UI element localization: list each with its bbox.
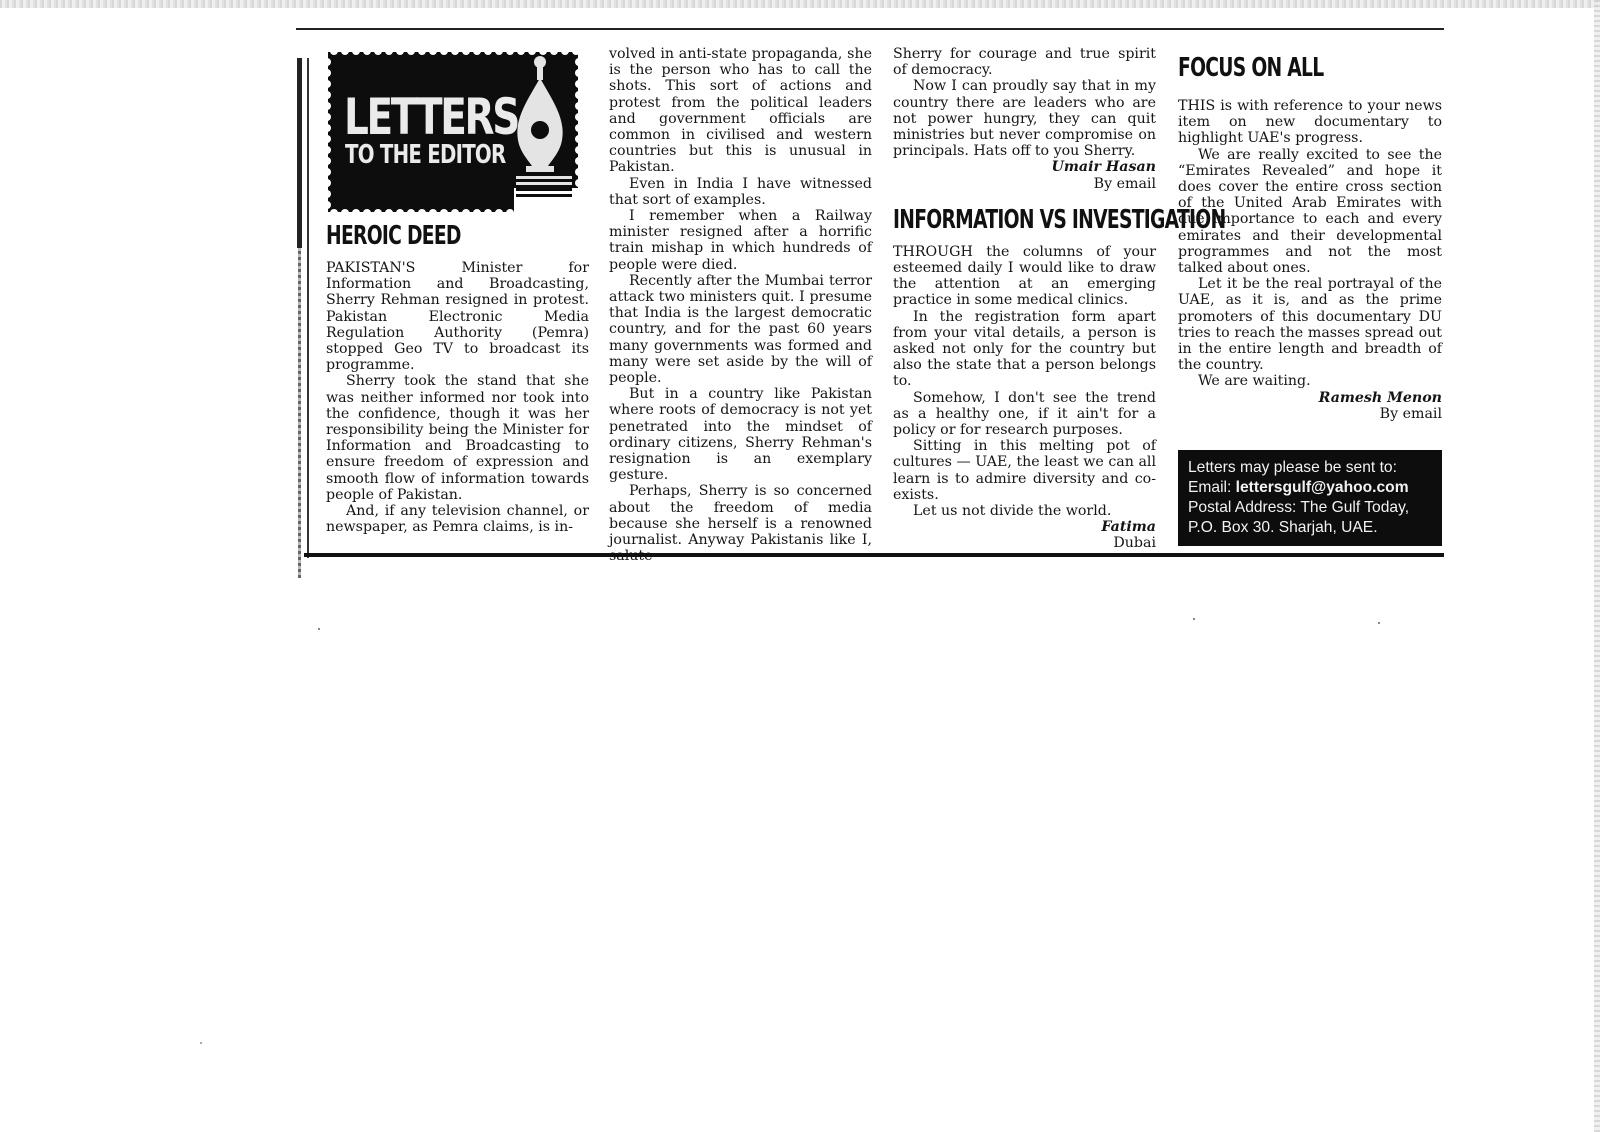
paragraph: Now I can proudly say that in my country… (893, 78, 1156, 159)
letters-masthead: LETTERS TO THE EDITOR (326, 48, 586, 216)
paragraph: We are waiting. (1178, 373, 1442, 389)
paragraph: Sherry for courage and true spirit of de… (893, 46, 1156, 78)
newspaper-clipping: LETTERS TO THE EDITOR HEROIC DEED PAKIST… (296, 28, 1444, 568)
headline-information-vs-investigation: INFORMATION VS INVESTIGATION (893, 206, 1082, 234)
bottom-rule (304, 553, 1444, 557)
email-address[interactable]: lettersgulf@yahoo.com (1236, 479, 1409, 496)
author-location: Dubai (893, 535, 1156, 551)
paragraph: In the registration form apart from your… (893, 309, 1156, 390)
paragraph: Let us not divide the world. (893, 503, 1156, 519)
masthead-title: LETTERS (344, 92, 518, 142)
paragraph: Sherry took the stand that she was neith… (326, 373, 589, 503)
paragraph: Sitting in this melting pot of cultures … (893, 438, 1156, 503)
paragraph: But in a country like Pakistan where roo… (609, 386, 872, 483)
column-3: Sherry for courage and true spirit of de… (893, 46, 1156, 552)
author-name: Umair Hasan (893, 159, 1156, 175)
scan-edge-right (1594, 0, 1600, 1132)
column-2: volved in anti-state propaganda, she is … (609, 46, 872, 565)
headline-focus-on-all: FOCUS ON ALL (1178, 54, 1368, 82)
scan-edge-top (0, 0, 1600, 8)
contact-info-box: Letters may please be sent to: Email: le… (1178, 450, 1442, 546)
contact-intro: Letters may please be sent to: (1188, 458, 1436, 478)
paragraph: THIS is with reference to your news item… (1178, 98, 1442, 147)
paragraph: THROUGH the columns of your esteemed dai… (893, 244, 1156, 309)
top-rule (296, 28, 1444, 30)
email-label: Email: (1188, 479, 1236, 496)
paragraph: volved in anti-state propaganda, she is … (609, 46, 872, 176)
author-location: By email (893, 176, 1156, 192)
scan-speck (200, 1042, 202, 1044)
paragraph: Even in India I have witnessed that sort… (609, 176, 872, 208)
paragraph: And, if any television channel, or newsp… (326, 503, 589, 535)
paragraph: I remember when a Railway minister resig… (609, 208, 872, 273)
left-margin-bars (296, 58, 316, 558)
scan-speck (1193, 618, 1195, 620)
paragraph: Somehow, I don't see the trend as a heal… (893, 390, 1156, 439)
column-4: FOCUS ON ALL THIS is with reference to y… (1178, 46, 1442, 546)
author-name: Ramesh Menon (1178, 390, 1442, 406)
paragraph: We are really excited to see the “Emirat… (1178, 147, 1442, 277)
author-location: By email (1178, 406, 1442, 422)
column-1: LETTERS TO THE EDITOR HEROIC DEED PAKIST… (326, 48, 589, 535)
author-name: Fatima (893, 519, 1156, 535)
paragraph: Let it be the real portrayal of the UAE,… (1178, 276, 1442, 373)
scan-speck (318, 628, 320, 630)
paragraph: PAKISTAN'S Minister for Information and … (326, 260, 589, 373)
masthead-subtitle: TO THE EDITOR (345, 142, 505, 168)
postal-address-line: Postal Address: The Gulf Today, (1188, 498, 1436, 518)
postal-box-line: P.O. Box 30. Sharjah, UAE. (1188, 518, 1436, 538)
contact-email-line: Email: lettersgulf@yahoo.com (1188, 478, 1436, 498)
paragraph: Recently after the Mumbai terror attack … (609, 273, 872, 386)
headline-heroic-deed: HEROIC DEED (326, 222, 515, 250)
scan-speck (1378, 622, 1380, 624)
